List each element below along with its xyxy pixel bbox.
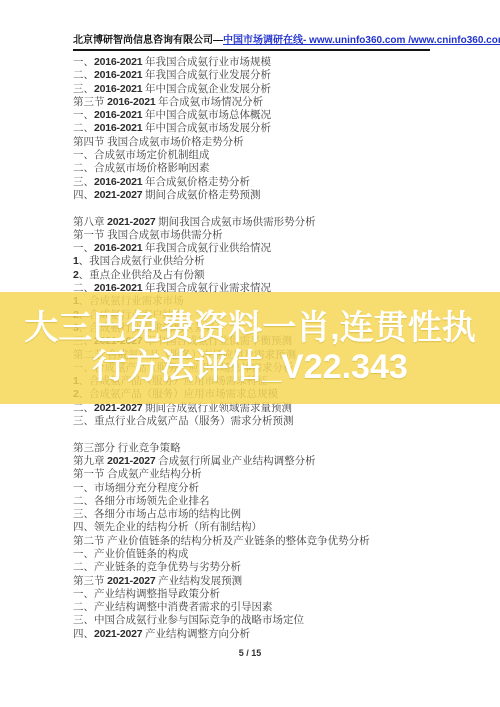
page-footer: 5 / 15 xyxy=(0,648,500,658)
toc-line: 二、2016-2021 年我国合成氨行业发展分析 xyxy=(73,69,470,82)
toc-line: 二、各细分市场领先企业排名 xyxy=(73,495,470,508)
toc-line: 二、2016-2021 年我国合成氨行业需求情况 xyxy=(73,282,470,295)
toc-line: 第一节 合成氨产业结构分析 xyxy=(73,468,470,481)
toc-line: 三、各细分市场占总市场的结构比例 xyxy=(73,508,470,521)
toc-line: 二、2016-2021 年中国合成氨市场发展分析 xyxy=(73,122,470,135)
toc-line: 三、2021-2027 年中国合成氨行业供需平衡预测 xyxy=(73,335,470,348)
toc-line: 四、2021-2027 期间合成氨价格走势预测 xyxy=(73,189,470,202)
toc-line: 第九章 2021-2027 合成氨行所属业产业结构调整分析 xyxy=(73,455,470,468)
toc-line: 一、合成氨产品（服务）应用市场总体需求分析 xyxy=(73,362,470,375)
toc-line: 第三节 2016-2021 年合成氨市场情况分析 xyxy=(73,96,470,109)
table-of-contents: 一、2016-2021 年我国合成氨行业市场规模二、2016-2021 年我国合… xyxy=(73,56,470,641)
toc-line: 2、重点企业供给及占有份额 xyxy=(73,269,470,282)
toc-line: 三、重点行业合成氨产品（服务）需求分析预测 xyxy=(73,415,470,428)
toc-line: 一、市场细分充分程度分析 xyxy=(73,482,470,495)
toc-line: 二、产业结构调整中消费者需求的引导因素 xyxy=(73,601,470,614)
toc-line: 三、2016-2021 年中国合成氨企业发展分析 xyxy=(73,83,470,96)
toc-line: 一、产业价值链条的构成 xyxy=(73,548,470,561)
toc-line: 一、2016-2021 年我国合成氨行业市场规模 xyxy=(73,56,470,69)
toc-line: 一、2016-2021 年我国合成氨行业供给情况 xyxy=(73,242,470,255)
toc-line: 2、合成氨行业客户结构 xyxy=(73,309,470,322)
header-company-name: 北京博研智尚信息咨询有限公司— xyxy=(73,35,223,46)
report-page: 北京博研智尚信息咨询有限公司—中国市场调研在线- www.uninfo360.c… xyxy=(0,0,500,707)
toc-line: 1、我国合成氨行业供给分析 xyxy=(73,255,470,268)
toc-line: 三、中国合成氨行业参与国际竞争的战略市场定位 xyxy=(73,614,470,627)
toc-line: 第八章 2021-2027 期间我国合成氨市场供需形势分析 xyxy=(73,216,470,229)
toc-line: 一、合成氨市场定价机制组成 xyxy=(73,149,470,162)
toc-line: 1、合成氨行业需求市场 xyxy=(73,295,470,308)
toc-line xyxy=(73,202,470,215)
toc-line: 第一节 我国合成氨市场供需分析 xyxy=(73,229,470,242)
page-header: 北京博研智尚信息咨询有限公司—中国市场调研在线- www.uninfo360.c… xyxy=(73,31,430,51)
toc-line: 四、领先企业的结构分析（所有制结构） xyxy=(73,521,470,534)
toc-line: 2、合成氨产品（服务）应用市场需求总规模 xyxy=(73,388,470,401)
toc-line xyxy=(73,428,470,441)
toc-line: 3、合成氨行业需求的地区差异 xyxy=(73,322,470,335)
toc-line: 第二节 合成氨产品（服务）市场应用及需求预测 xyxy=(73,349,470,362)
toc-line: 三、2016-2021 年合成氨价格走势分析 xyxy=(73,176,470,189)
toc-line: 一、产业结构调整指导政策分析 xyxy=(73,588,470,601)
toc-line: 四、2021-2027 产业结构调整方向分析 xyxy=(73,628,470,641)
toc-line: 二、产业链条的竞争优势与劣势分析 xyxy=(73,561,470,574)
page-number: 5 / 15 xyxy=(239,648,262,658)
toc-line: 一、2016-2021 年中国合成氨市场总体概况 xyxy=(73,109,470,122)
toc-line: 第二节 产业价值链条的结构分析及产业链条的整体竞争优势分析 xyxy=(73,535,470,548)
toc-line: 第三节 2021-2027 产业结构发展预测 xyxy=(73,575,470,588)
toc-line: 第三部分 行业竞争策略 xyxy=(73,442,470,455)
toc-line: 二、合成氨市场价格影响因素 xyxy=(73,162,470,175)
toc-line: 二、2021-2027 期间合成氨行业领域需求量预测 xyxy=(73,402,470,415)
toc-line: 1、合成氨产品（服务）应用市场需求特征 xyxy=(73,375,470,388)
header-site-link[interactable]: 中国市场调研在线- www.uninfo360.com /www.cninfo3… xyxy=(223,35,500,46)
toc-line: 第四节 我国合成氨市场价格走势分析 xyxy=(73,136,470,149)
